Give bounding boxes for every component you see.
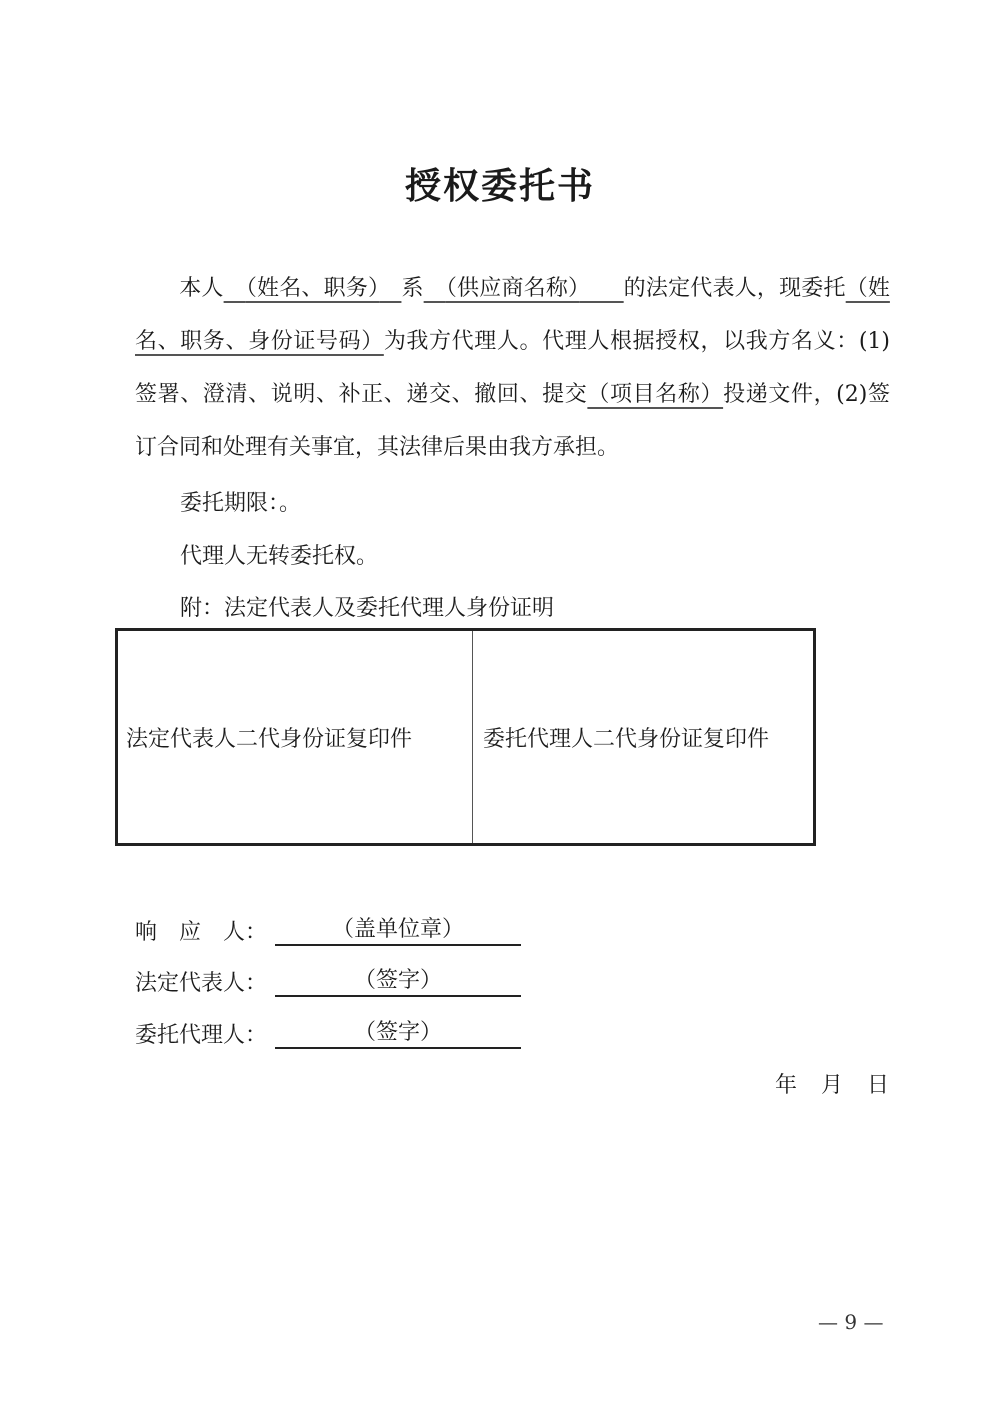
company-seal-field[interactable]: （盖单位章） xyxy=(275,912,521,946)
attachment-line: 附：法定代表人及委托代理人身份证明 xyxy=(180,591,554,622)
page-number: — 9 — xyxy=(818,1310,883,1334)
date-month: 月 xyxy=(821,1068,843,1099)
signature-row-agent: 委托代理人： （签字） xyxy=(135,1015,521,1049)
authorization-paragraph: 本人 （姓名、职务） 系 （供应商名称） 的法定代表人，现委托（姓名、职务、身份… xyxy=(135,262,890,474)
legal-rep-signature-field[interactable]: （签字） xyxy=(275,963,521,997)
para-mid2: 的法定代表人，现委托 xyxy=(624,276,846,301)
date-line: 年月日 xyxy=(775,1068,889,1099)
id-copy-table: 法定代表人二代身份证复印件 委托代理人二代身份证复印件 xyxy=(115,628,816,846)
respondent-label: 响 应 人： xyxy=(135,915,275,946)
signature-row-respondent: 响 应 人： （盖单位章） xyxy=(135,912,521,946)
date-year: 年 xyxy=(775,1068,797,1099)
para-mid1: 系 xyxy=(401,276,423,301)
name-title-field: （姓名、职务） xyxy=(224,276,402,301)
agent-id-cell: 委托代理人二代身份证复印件 xyxy=(473,631,813,843)
para-prefix: 本人 xyxy=(179,276,224,301)
document-title: 授权委托书 xyxy=(0,158,1000,209)
signature-row-legal-rep: 法定代表人： （签字） xyxy=(135,963,521,997)
legal-rep-label: 法定代表人： xyxy=(135,966,275,997)
term-line: 委托期限：。 xyxy=(180,486,301,517)
date-day: 日 xyxy=(867,1068,889,1099)
no-subdelegation-line: 代理人无转委托权。 xyxy=(180,539,378,570)
agent-label: 委托代理人： xyxy=(135,1018,275,1049)
agent-signature-field[interactable]: （签字） xyxy=(275,1015,521,1049)
legal-rep-id-cell: 法定代表人二代身份证复印件 xyxy=(118,631,473,843)
supplier-name-field: （供应商名称） xyxy=(424,276,624,301)
project-name-field: （项目名称） xyxy=(587,382,723,407)
